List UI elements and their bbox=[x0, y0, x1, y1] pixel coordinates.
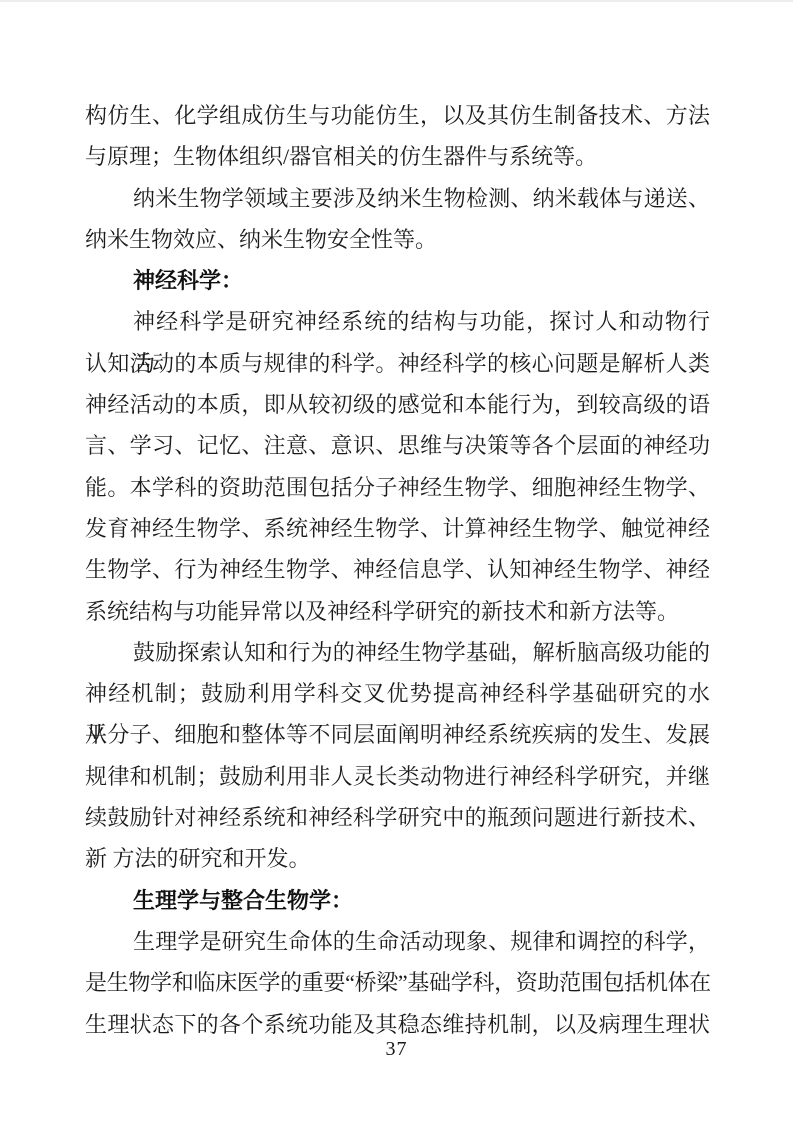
text-line: 言、学习、记忆、注意、意识、思维与决策等各个层面的神经功 bbox=[85, 425, 710, 466]
text-line: 神经活动的本质，即从较初级的感觉和本能行为，到较高级的语 bbox=[85, 384, 710, 425]
text-line: 发育神经生物学、系统神经生物学、计算神经生物学、触觉神经 bbox=[85, 508, 710, 549]
text-line: 纳米生物学领域主要涉及纳米生物检测、纳米载体与递送、 bbox=[85, 178, 710, 219]
text-line: 规律和机制；鼓励利用非人灵长类动物进行神经科学研究，并继 bbox=[85, 756, 710, 797]
text-line: 构仿生、化学组成仿生与功能仿生，以及其仿生制备技术、方法 bbox=[85, 95, 710, 136]
text-line: 与原理；生物体组织/器官相关的仿生器件与系统等。 bbox=[85, 136, 710, 177]
section-heading: 神经科学： bbox=[85, 260, 710, 301]
text-line: 认知活动的本质与规律的科学。神经科学的核心问题是解析人类 bbox=[85, 343, 710, 384]
text-line: 生物学、行为神经生物学、神经信息学、认知神经生物学、神经 bbox=[85, 549, 710, 590]
text-line: 生理学是研究生命体的生命活动现象、规律和调控的科学， bbox=[85, 921, 710, 962]
section-heading: 生理学与整合生物学： bbox=[85, 880, 710, 921]
text-line: 系统结构与功能异常以及神经科学研究的新技术和新方法等。 bbox=[85, 591, 710, 632]
text-line: 续鼓励针对神经系统和神经科学研究中的瓶颈问题进行新技术、 bbox=[85, 797, 710, 838]
text-line: 纳米生物效应、纳米生物安全性等。 bbox=[85, 219, 710, 260]
document-page: 构仿生、化学组成仿生与功能仿生，以及其仿生制备技术、方法与原理；生物体组织/器官… bbox=[0, 0, 793, 1122]
text-line: 新 方法的研究和开发。 bbox=[85, 838, 710, 879]
text-line: 神经科学是研究神经系统的结构与功能，探讨人和动物行为、 bbox=[85, 301, 710, 342]
text-line: 能。本学科的资助范围包括分子神经生物学、细胞神经生物学、 bbox=[85, 467, 710, 508]
text-line: 神经机制；鼓励利用学科交叉优势提高神经科学基础研究的水平， bbox=[85, 673, 710, 714]
page-number: 37 bbox=[0, 1038, 793, 1061]
text-line: 是生物学和临床医学的重要“桥梁”基础学科，资助范围包括机体在 bbox=[85, 962, 710, 1003]
text-line: 从分子、细胞和整体等不同层面阐明神经系统疾病的发生、发展 bbox=[85, 714, 710, 755]
text-line: 鼓励探索认知和行为的神经生物学基础，解析脑高级功能的 bbox=[85, 632, 710, 673]
page-top-edge-line bbox=[0, 0, 793, 2]
text-block: 构仿生、化学组成仿生与功能仿生，以及其仿生制备技术、方法与原理；生物体组织/器官… bbox=[85, 95, 710, 1045]
